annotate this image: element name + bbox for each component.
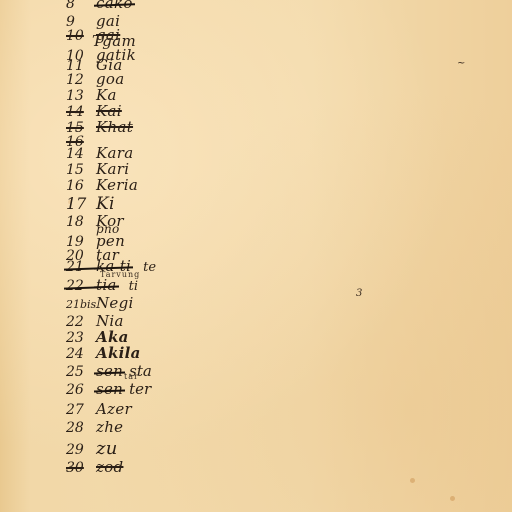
entry-number: 26 <box>66 382 96 398</box>
entry-correction: ti <box>129 279 138 294</box>
list-entry: 26 sen ter <box>66 380 151 398</box>
entry-word: zhe <box>96 418 123 436</box>
entry-word: sen <box>96 362 123 380</box>
list-entry: 28 zhe <box>66 418 123 436</box>
list-entry: 8 cako <box>66 0 133 12</box>
entry-word: zu <box>96 438 118 459</box>
entry-number: 16 <box>66 178 96 194</box>
entry-number: 27 <box>66 402 96 418</box>
entry-number: 18 <box>66 214 96 230</box>
entry-word: Khat <box>96 118 133 136</box>
entry-correction: te <box>143 260 156 275</box>
entry-number: 17 <box>66 194 96 213</box>
entry-word: sen <box>96 380 123 398</box>
list-entry: 29 zu <box>66 438 118 456</box>
entry-word: cako <box>96 0 133 12</box>
entry-word: Keria <box>96 176 138 194</box>
list-entry: 16 Keria <box>66 176 138 194</box>
entry-number: 29 <box>66 442 96 458</box>
entry-word: Ki <box>96 194 115 214</box>
list-entry: 24 Akila <box>66 344 141 362</box>
list-entry: 21bis Negi <box>66 294 134 312</box>
entry-number: 21 <box>66 259 96 275</box>
list-entry-struck: 22 tia ti <box>66 276 138 294</box>
list-entry: 25 sen sta <box>66 362 152 380</box>
entry-word: zod <box>96 458 123 476</box>
entry-word: Azer <box>96 400 132 418</box>
paper-stain <box>410 478 415 483</box>
paper-stain <box>450 496 455 501</box>
list-entry: 17 Ki <box>66 194 115 212</box>
entry-number: 28 <box>66 420 96 436</box>
entry-number: 8 <box>66 0 96 12</box>
entry-word: Negi <box>96 294 134 312</box>
entry-number: 21bis <box>66 298 96 311</box>
marginal-mark: 3 <box>356 288 362 299</box>
entry-word: tia <box>96 276 117 294</box>
entry-number: 25 <box>66 364 96 380</box>
entry-number: 22 <box>66 278 96 294</box>
list-entry: 27 Azer <box>66 400 132 418</box>
entry-number: 30 <box>66 460 96 476</box>
entry-word: Akila <box>96 344 141 362</box>
entry-correction: ter <box>129 380 151 398</box>
entry-number: 24 <box>66 346 96 362</box>
manuscript-page: 8 cako 9 gai 10 gai Tgam 10 gatik 11 Gia… <box>0 0 512 512</box>
marginal-mark: ~ <box>457 58 465 69</box>
list-entry-struck: 30 zod <box>66 458 123 476</box>
